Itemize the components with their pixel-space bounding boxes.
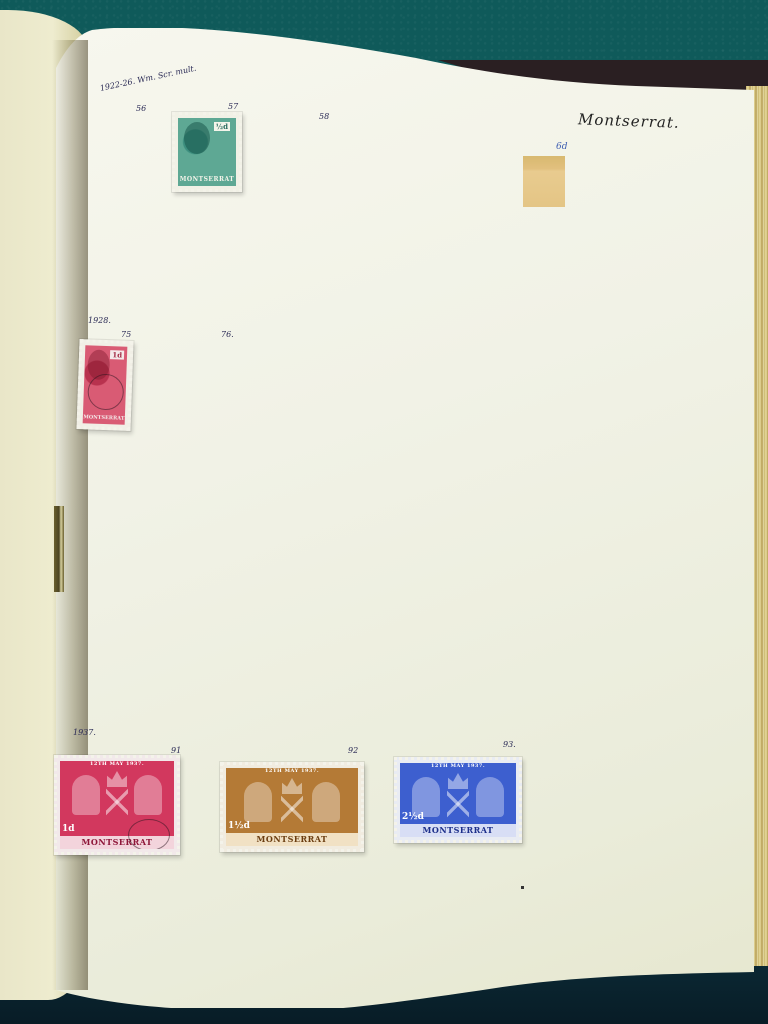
stamp-inscription: MONTSERRAT [400, 824, 516, 837]
stamp-date-line: 12TH MAY 1937. [226, 768, 358, 778]
stamp-inscription: MONTSERRAT [83, 414, 125, 424]
stamp-inscription: MONTSERRAT [178, 176, 236, 186]
stamp-91[interactable]: 12TH MAY 1937. 1d MONTSERRAT [54, 755, 180, 855]
sceptres-icon [106, 787, 128, 817]
stamp-57[interactable]: ½d MONTSERRAT [172, 112, 242, 192]
section-heading-1937: 1937. [73, 728, 96, 737]
postmark [128, 819, 170, 849]
stamp-93[interactable]: 12TH MAY 1937. 2½d MONTSERRAT [394, 757, 522, 843]
position-number: 93. [503, 740, 516, 749]
album-page [56, 28, 754, 1008]
stamp-92[interactable]: 12TH MAY 1937. 1½d MONTSERRAT [220, 762, 364, 852]
position-number: 75 [121, 330, 131, 339]
denomination: 1½d [228, 821, 250, 831]
crown-icon [448, 773, 468, 789]
king-portrait [476, 777, 504, 817]
position-number: 57 [228, 102, 238, 111]
queen-portrait [244, 782, 272, 822]
stamp-inscription: MONTSERRAT [226, 833, 358, 846]
denomination: ½d [214, 122, 230, 131]
queen-portrait [72, 775, 100, 815]
position-number: 91 [171, 746, 181, 755]
denomination: 2½d [402, 812, 424, 822]
denomination: 1d [110, 350, 124, 359]
denomination: 1d [62, 824, 75, 834]
stamp-date-line: 12TH MAY 1937. [400, 763, 516, 773]
king-portrait [134, 775, 162, 815]
country-title: Montserrat. [578, 110, 680, 132]
position-number: 92 [348, 746, 358, 755]
queen-portrait [412, 777, 440, 817]
sceptres-icon [281, 794, 303, 824]
stamp-75[interactable]: 1d MONTSERRAT [76, 339, 133, 431]
position-number: 76. [221, 330, 234, 339]
crown-icon [282, 778, 302, 794]
crown-icon [107, 771, 127, 787]
hinge-note: 6d [556, 142, 568, 152]
binding-hinge [54, 506, 64, 592]
stamp-hinge [523, 156, 565, 207]
section-heading-1928: 1928. [88, 316, 111, 325]
page-mark [521, 886, 524, 889]
postmark [87, 373, 124, 410]
king-portrait [312, 782, 340, 822]
king-portrait [184, 122, 210, 154]
position-number: 58 [319, 112, 329, 121]
sceptres-icon [447, 789, 469, 819]
position-number: 56 [136, 104, 146, 113]
stamp-date-line: 12TH MAY 1937. [60, 761, 174, 771]
